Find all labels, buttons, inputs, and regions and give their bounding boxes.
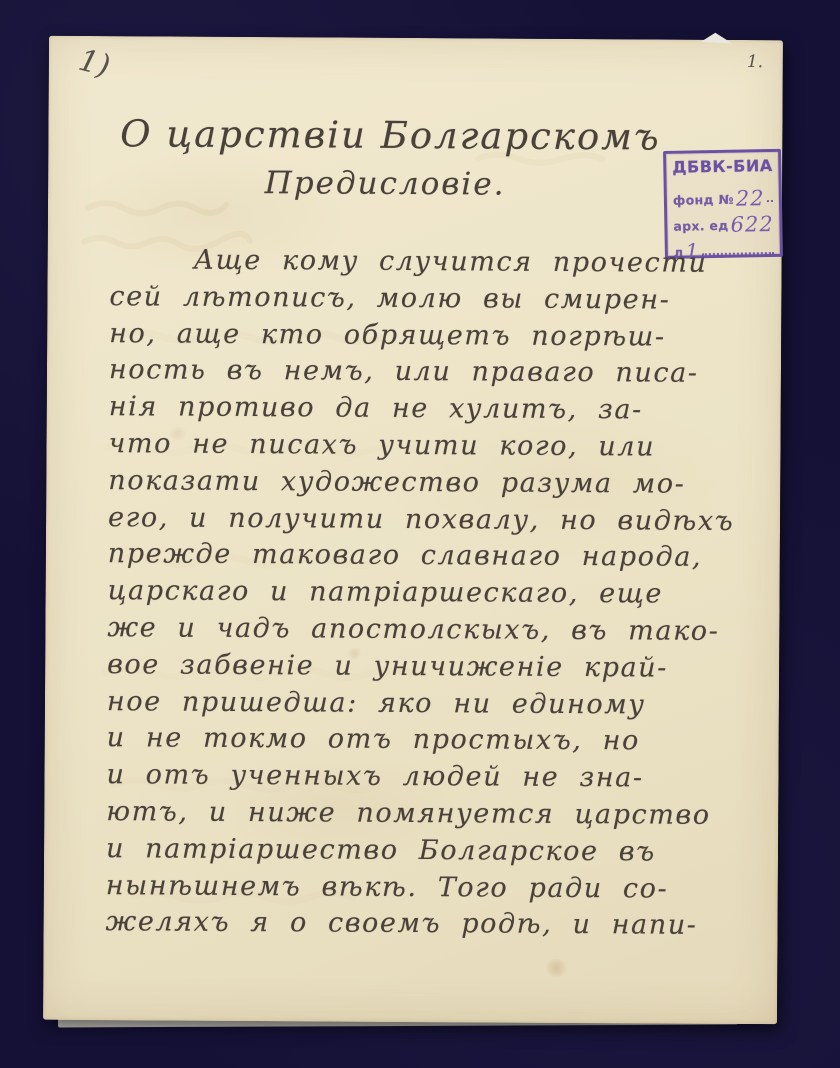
- manuscript-line: и не токмо отъ простыхъ, но: [107, 720, 747, 761]
- manuscript-line: его, и получити похвалу, но видѣхъ: [108, 500, 748, 541]
- page-number: 1.: [747, 52, 763, 72]
- manuscript-line: ное пришедша: яко ни единому: [107, 684, 747, 725]
- foxing-stain: [543, 959, 569, 977]
- manuscript-line: ютъ, и ниже помянуется царство: [106, 794, 746, 835]
- stamp-dotted-line: [767, 200, 773, 202]
- manuscript-line: прежде таковаго славнаго народа,: [108, 537, 748, 578]
- manuscript-line: нынѣшнемъ вѣкѣ. Того ради со-: [106, 868, 746, 909]
- manuscript-line: царскаго и патріаршескаго, еще: [108, 573, 748, 614]
- manuscript-line: что не писахъ учити кого, или: [108, 426, 748, 467]
- manuscript-line: нія противо да не хулитъ, за-: [109, 389, 749, 430]
- stamp-fond-label: фонд №: [673, 192, 734, 208]
- archive-stamp: ДБВК-БИА фонд № 22 арх. ед 622 л 1: [663, 149, 783, 259]
- manuscript-line: показати художество разума мо-: [108, 463, 748, 504]
- manuscript-line: и патріаршество Болгарское въ: [106, 831, 746, 872]
- manuscript-line: но, аще кто обрящетъ погрѣш-: [109, 316, 749, 357]
- stamp-fond-row: фонд № 22: [673, 180, 773, 208]
- manuscript-line: же и чадъ апостолскыхъ, въ тако-: [107, 610, 747, 651]
- paper-fold-notch: [701, 32, 734, 44]
- manuscript-line: ность въ немъ, или праваго писа-: [109, 353, 749, 394]
- stamp-organization: ДБВК-БИА: [672, 156, 772, 177]
- manuscript-line: вое забвеніе и уничиженіе край-: [107, 647, 747, 688]
- manuscript-body: Аще кому случится прочести сей лѣтописъ,…: [105, 242, 749, 945]
- photo-background: { "document": { "page_note_left": "1)", …: [0, 0, 840, 1068]
- stamp-arch-unit-label: арх. ед: [673, 218, 729, 234]
- manuscript-line: Аще кому случится прочести: [110, 242, 750, 283]
- manuscript-line: желяхъ я о своемъ родѣ, и напи-: [105, 904, 745, 945]
- manuscript-line: сей лѣтописъ, молю вы смирен-: [109, 279, 749, 320]
- manuscript-page: 1) 1. О царствіи Болгарскомъ Предисловіе…: [43, 36, 783, 1024]
- stamp-arch-unit-row: арх. ед 622: [673, 206, 773, 234]
- manuscript-line: и отъ ученныхъ людей не зна-: [106, 757, 746, 798]
